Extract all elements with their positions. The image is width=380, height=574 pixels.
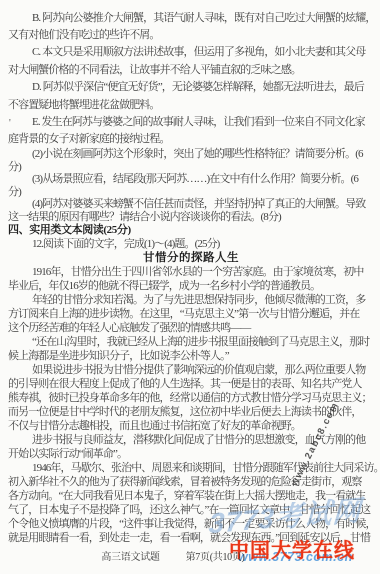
text-line: 熊寿祺，彼时已投身革命多年的他，经常以通信的方式教甘惜分学习马克思主义； (8, 390, 374, 404)
text-line: 初入新华社不久的他为了获得新闻线索，冒着被特务发现的危险行走街市，观察 (8, 474, 374, 488)
text-line: E. 发生在阿苏与婆婆之间的故事耐人寻味，让我们看到一位来自不同文化家 (8, 112, 374, 129)
text-column: B. 阿苏向公婆推介大闸蟹，其语气耐人寻味，既有对自己吃过大闸蟹的炫耀，又有对他… (0, 0, 380, 544)
text-line: C. 本文只是采用顺叙方法讲述故事，但运用了多视角，如小北夫妻和其父母 (8, 43, 374, 60)
article-title: 甘惜分的探路人生 (8, 250, 374, 264)
text-line: (2)小说在刻画阿苏这个形象时，突出了她的哪些性格特征？请简要分析。(6 (8, 147, 374, 160)
text-line: 方订阅来自上海的进步读物。在这里，“马克思主义”第一次与甘惜分邂逅，并在 (8, 306, 374, 320)
footer-page-number: 第7页(共10页) (186, 548, 245, 563)
scanned-exam-page: ' B. 阿苏向公婆推介大闸蟹，其语气耐人寻味，既有对自己吃过大闸蟹的炫耀，又有… (0, 0, 380, 574)
text-line: 的引导则在很大程度上促成了他的人生选择。其一便是甘的表哥、知名共产党人 (8, 376, 374, 390)
text-line: B. 阿苏向公婆推介大闸蟹，其语气耐人寻味，既有对自己吃过大闸蟹的炫耀， (8, 8, 374, 25)
text-line: 毕业后，年仅16岁的他就不得已辍学，成为一名乡村小学的普通教员。 (8, 278, 374, 292)
text-line: 12.阅读下面的文字，完成(1)～(4)题。(25分) (8, 236, 374, 250)
text-line: D. 阿苏似乎深信“便宜无好货”，无论婆婆怎样解释，她都无法听进去，最后 (8, 78, 374, 95)
text-line: 如果说进步书报为甘惜分提供了影响深远的价值观启蒙，那么两位重要人物 (8, 362, 374, 376)
text-line: 对大闸蟹价格的不同看法，让故事并不给人平铺直叙的乏味之感。 (8, 60, 374, 77)
text-line: 年轻的甘惜分求知若渴。为了与先进思想保持同步，他倾尽微薄的工资，多 (8, 292, 374, 306)
text-line: 1916年，甘惜分出生于四川省邻水县的一个穷苦家庭。由于家境贫寒，初中 (8, 264, 374, 278)
text-line: 又有对他们没有吃过的些许不屑。 (8, 25, 374, 42)
text-line: (3)从场景照应看，结尾段(那天阿苏……)在文中有什么作用？简要分析。(6 (8, 172, 374, 185)
page-footer: 高三语文试题 第7页(共10页) (0, 548, 363, 563)
text-line: 四、实用类文本阅读(25分) (8, 222, 374, 236)
text-line: 不容置疑地将蟹埋进花盆做肥料。 (8, 95, 374, 112)
footer-doc-title: 高三语文试题 (101, 548, 159, 563)
text-line: 候上海都是坐进步知识分子，比如说李公朴等人。” (8, 348, 374, 362)
text-line: 1946年，马歇尔、张治中、周恩来和谈期间，甘惜分跟随军代表前往大同采访。 (8, 460, 374, 474)
text-line: 这个历经苦难的年轻人心底触发了强烈的情感共鸣—— (8, 320, 374, 334)
text-line: 而另一位便是甘中学时代的老朋友熊复，这位初中毕业后便去上海读书的伙伴， (8, 404, 374, 418)
text-line: “还在山沟里时，我就已经从上海的进步书报里面接触到了马克思主义，那时 (8, 334, 374, 348)
